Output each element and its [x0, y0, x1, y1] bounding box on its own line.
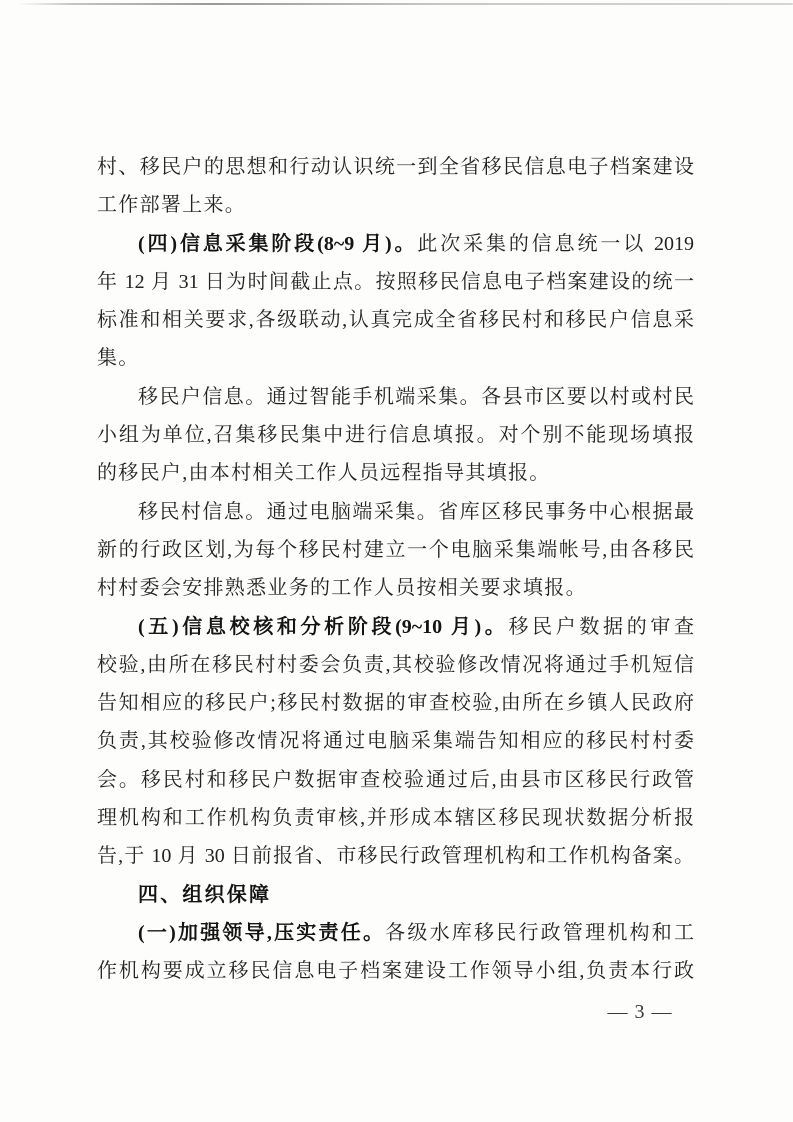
text-line: 告知相应的移民户;移民村数据的审查校验,由所在乡镇人民政府 [97, 684, 694, 722]
emphasis-text: 四、组织保障 [138, 884, 271, 906]
body-text: 村、移民户的思想和行动认识统一到全省移民信息电子档案建设 [97, 156, 694, 178]
text-line: 四、组织保障 [97, 876, 694, 914]
body-text: 作机构要成立移民信息电子档案建设工作领导小组,负责本行政 [97, 960, 694, 982]
text-line: 标准和相关要求,各级联动,认真完成全省移民村和移民户信息采 [97, 301, 694, 339]
text-line: 校验,由所在移民村村委会负责,其校验修改情况将通过手机短信 [97, 646, 694, 684]
body-text: 移民户数据的审查 [508, 616, 694, 638]
document-page: 村、移民户的思想和行动认识统一到全省移民信息电子档案建设工作部署上来。(四)信息… [0, 0, 793, 1122]
emphasis-text: (五)信息校核和分析阶段(9~10 月)。 [138, 616, 508, 638]
text-line: 工作部署上来。 [97, 186, 694, 224]
text-line: 作机构要成立移民信息电子档案建设工作领导小组,负责本行政 [97, 952, 694, 990]
body-text: 移民户信息。通过智能手机端采集。各县市区要以村或村民 [138, 386, 694, 408]
body-text: 移民村信息。通过电脑端采集。省库区移民事务中心根据最 [138, 501, 694, 523]
text-line: 理机构和工作机构负责审核,并形成本辖区移民现状数据分析报 [97, 799, 694, 837]
text-line: 的移民户,由本村相关工作人员远程指导其填报。 [97, 454, 694, 492]
body-text: 小组为单位,召集移民集中进行信息填报。对个别不能现场填报 [97, 424, 694, 446]
body-text: 村村委会安排熟悉业务的工作人员按相关要求填报。 [97, 577, 587, 599]
text-line: 村村委会安排熟悉业务的工作人员按相关要求填报。 [97, 569, 694, 607]
text-line: 移民村信息。通过电脑端采集。省库区移民事务中心根据最 [97, 493, 694, 531]
page-number: — 3 — [585, 1001, 695, 1024]
text-line: (一)加强领导,压实责任。各级水库移民行政管理机构和工 [97, 914, 694, 952]
body-text: 的移民户,由本村相关工作人员远程指导其填报。 [97, 462, 551, 484]
emphasis-text: (一)加强领导,压实责任。 [138, 922, 385, 944]
text-line: 小组为单位,召集移民集中进行信息填报。对个别不能现场填报 [97, 416, 694, 454]
text-line: 负责,其校验修改情况将通过电脑采集端告知相应的移民村村委 [97, 722, 694, 760]
body-text: 校验,由所在移民村村委会负责,其校验修改情况将通过手机短信 [97, 654, 694, 676]
emphasis-text: (四)信息采集阶段(8~9 月)。 [138, 233, 417, 255]
body-text: 会。移民村和移民户数据审查校验通过后,由县市区移民行政管 [97, 769, 694, 791]
body-text: 各级水库移民行政管理机构和工 [385, 922, 694, 944]
text-line: (四)信息采集阶段(8~9 月)。此次采集的信息统一以 2019 [97, 225, 694, 263]
text-line: 集。 [97, 339, 694, 377]
body-text: 理机构和工作机构负责审核,并形成本辖区移民现状数据分析报 [97, 807, 694, 829]
body-text: 告,于 10 月 30 日前报省、市移民行政管理机构和工作机构备案。 [97, 845, 694, 867]
scan-artifact-line [18, 3, 793, 5]
text-line: 会。移民村和移民户数据审查校验通过后,由县市区移民行政管 [97, 761, 694, 799]
text-line: 移民户信息。通过智能手机端采集。各县市区要以村或村民 [97, 378, 694, 416]
body-text: 集。 [97, 347, 140, 369]
body-text: 此次采集的信息统一以 2019 [417, 233, 694, 255]
text-line: 新的行政区划,为每个移民村建立一个电脑采集端帐号,由各移民 [97, 531, 694, 569]
body-text: 工作部署上来。 [97, 194, 246, 216]
body-text: 年 12 月 31 日为时间截止点。按照移民信息电子档案建设的统一 [97, 271, 694, 293]
body-text: 告知相应的移民户;移民村数据的审查校验,由所在乡镇人民政府 [97, 692, 694, 714]
body-text: 标准和相关要求,各级联动,认真完成全省移民村和移民户信息采 [97, 309, 694, 331]
body-text: 新的行政区划,为每个移民村建立一个电脑采集端帐号,由各移民 [97, 539, 694, 561]
text-line: 告,于 10 月 30 日前报省、市移民行政管理机构和工作机构备案。 [97, 837, 694, 875]
document-body: 村、移民户的思想和行动认识统一到全省移民信息电子档案建设工作部署上来。(四)信息… [97, 148, 694, 991]
text-line: 年 12 月 31 日为时间截止点。按照移民信息电子档案建设的统一 [97, 263, 694, 301]
body-text: 负责,其校验修改情况将通过电脑采集端告知相应的移民村村委 [97, 730, 694, 752]
text-line: (五)信息校核和分析阶段(9~10 月)。移民户数据的审查 [97, 608, 694, 646]
text-line: 村、移民户的思想和行动认识统一到全省移民信息电子档案建设 [97, 148, 694, 186]
